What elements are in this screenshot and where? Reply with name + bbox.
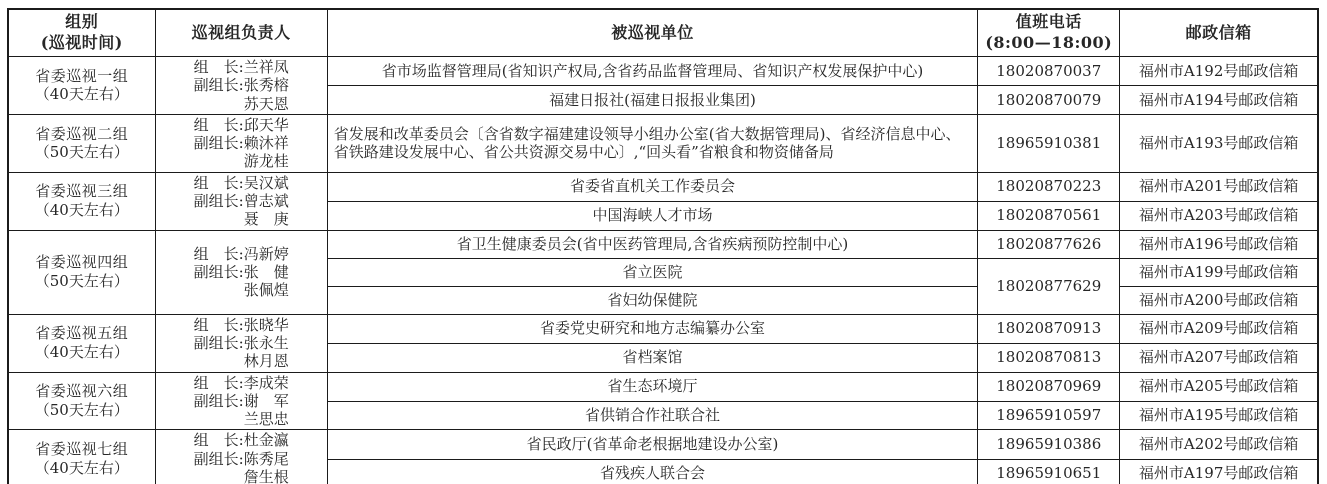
group-duration: （40天左右）	[13, 459, 151, 478]
group-cell: 省委巡视四组 （50天左右）	[8, 230, 155, 314]
leader-label: 组 长:	[194, 431, 244, 449]
group-duration: （40天左右）	[13, 85, 151, 104]
unit-cell: 省残疾人联合会	[327, 459, 977, 484]
pobox-cell: 福州市A192号邮政信箱	[1120, 57, 1318, 86]
leader-label: 副组长:	[194, 134, 244, 152]
leader-label: 副组长:	[194, 334, 244, 352]
unit-cell: 省委党史研究和地方志编纂办公室	[327, 314, 977, 343]
header-leader: 巡视组负责人	[155, 9, 327, 57]
header-group: 组别 (巡视时间)	[8, 9, 155, 57]
header-group-line1: 组别	[13, 12, 151, 33]
leader-name: 邱天华	[244, 116, 289, 134]
group-name: 省委巡视五组	[13, 324, 151, 343]
leader-name: 曾志斌	[244, 192, 289, 210]
leader-name: 聂 庚	[244, 210, 289, 228]
leader-name: 詹生根	[244, 468, 289, 484]
leader-name: 李成荣	[244, 374, 289, 392]
unit-cell: 省委省直机关工作委员会	[327, 172, 977, 201]
leader-name: 苏天恩	[244, 95, 289, 113]
inspection-groups-table: 组别 (巡视时间) 巡视组负责人 被巡视单位 值班电话 (8:00—18:00)…	[7, 8, 1319, 484]
pobox-cell: 福州市A201号邮政信箱	[1120, 172, 1318, 201]
unit-cell: 省发展和改革委员会〔含省数字福建建设领导小组办公室(省大数据管理局)、省经济信息…	[327, 114, 977, 172]
pobox-cell: 福州市A205号邮政信箱	[1120, 372, 1318, 401]
leader-label: 组 长:	[194, 245, 244, 263]
phone-cell: 18965910597	[978, 401, 1120, 430]
leader-label	[194, 352, 244, 370]
table-row: 省委巡视二组 （50天左右） 组 长:邱天华 副组长:赖沐祥 游龙桂 省发展和改…	[8, 114, 1318, 172]
pobox-cell: 福州市A207号邮政信箱	[1120, 343, 1318, 372]
phone-cell: 18965910381	[978, 114, 1120, 172]
unit-cell: 省民政厅(省革命老根据地建设办公室)	[327, 430, 977, 459]
group-duration: （50天左右）	[13, 401, 151, 420]
leader-label	[194, 410, 244, 428]
leaders-cell: 组 长:兰祥凤 副组长:张秀榕 苏天恩	[155, 57, 327, 115]
phone-cell: 18020870813	[978, 343, 1120, 372]
leaders-list: 组 长:邱天华 副组长:赖沐祥 游龙桂	[194, 116, 289, 171]
leader-name: 张永生	[244, 334, 289, 352]
group-name: 省委巡视三组	[13, 182, 151, 201]
group-name: 省委巡视二组	[13, 125, 151, 144]
leader-label: 副组长:	[194, 392, 244, 410]
group-cell: 省委巡视三组 （40天左右）	[8, 172, 155, 230]
leader-name: 兰思忠	[244, 410, 289, 428]
leader-name: 冯新婷	[244, 245, 289, 263]
table-row: 省委巡视五组 （40天左右） 组 长:张晓华 副组长:张永生 林月恩 省委党史研…	[8, 314, 1318, 343]
leaders-list: 组 长:冯新婷 副组长:张 健 张佩煌	[194, 245, 289, 300]
unit-cell: 中国海峡人才市场	[327, 201, 977, 230]
pobox-cell: 福州市A194号邮政信箱	[1120, 85, 1318, 114]
group-duration: （40天左右）	[13, 201, 151, 220]
group-cell: 省委巡视一组 （40天左右）	[8, 57, 155, 115]
leaders-cell: 组 长:吴汉斌 副组长:曾志斌 聂 庚	[155, 172, 327, 230]
group-name: 省委巡视一组	[13, 67, 151, 86]
pobox-cell: 福州市A196号邮政信箱	[1120, 230, 1318, 258]
leaders-list: 组 长:李成荣 副组长:谢 军 兰思忠	[194, 374, 289, 429]
pobox-cell: 福州市A195号邮政信箱	[1120, 401, 1318, 430]
phone-cell: 18965910386	[978, 430, 1120, 459]
leader-label: 组 长:	[194, 58, 244, 76]
table-row: 省委巡视三组 （40天左右） 组 长:吴汉斌 副组长:曾志斌 聂 庚 省委省直机…	[8, 172, 1318, 201]
leader-name: 张佩煌	[244, 281, 289, 299]
leaders-list: 组 长:吴汉斌 副组长:曾志斌 聂 庚	[194, 174, 289, 229]
phone-cell: 18965910651	[978, 459, 1120, 484]
leader-name: 谢 军	[244, 392, 289, 410]
pobox-cell: 福州市A193号邮政信箱	[1120, 114, 1318, 172]
leader-name: 张晓华	[244, 316, 289, 334]
phone-cell: 18020870561	[978, 201, 1120, 230]
leader-name: 杜金瀛	[244, 431, 289, 449]
leaders-cell: 组 长:邱天华 副组长:赖沐祥 游龙桂	[155, 114, 327, 172]
group-cell: 省委巡视六组 （50天左右）	[8, 372, 155, 430]
pobox-cell: 福州市A199号邮政信箱	[1120, 258, 1318, 286]
unit-cell: 省市场监督管理局(省知识产权局,含省药品监督管理局、省知识产权发展保护中心)	[327, 57, 977, 86]
leaders-cell: 组 长:张晓华 副组长:张永生 林月恩	[155, 314, 327, 372]
leader-name: 兰祥凤	[244, 58, 289, 76]
group-duration: （40天左右）	[13, 343, 151, 362]
leader-label	[194, 210, 244, 228]
unit-cell: 省档案馆	[327, 343, 977, 372]
phone-cell: 18020877626	[978, 230, 1120, 258]
table-row: 省委巡视六组 （50天左右） 组 长:李成荣 副组长:谢 军 兰思忠 省生态环境…	[8, 372, 1318, 401]
group-cell: 省委巡视七组 （40天左右）	[8, 430, 155, 484]
group-cell: 省委巡视五组 （40天左右）	[8, 314, 155, 372]
header-phone: 值班电话 (8:00—18:00)	[978, 9, 1120, 57]
leaders-cell: 组 长:杜金瀛 副组长:陈秀尾 詹生根	[155, 430, 327, 484]
pobox-cell: 福州市A202号邮政信箱	[1120, 430, 1318, 459]
header-unit: 被巡视单位	[327, 9, 977, 57]
phone-cell: 18020870223	[978, 172, 1120, 201]
leaders-cell: 组 长:冯新婷 副组长:张 健 张佩煌	[155, 230, 327, 314]
phone-cell: 18020870079	[978, 85, 1120, 114]
leader-name: 赖沐祥	[244, 134, 289, 152]
group-duration: （50天左右）	[13, 272, 151, 291]
table-row: 省委巡视四组 （50天左右） 组 长:冯新婷 副组长:张 健 张佩煌 省卫生健康…	[8, 230, 1318, 258]
pobox-cell: 福州市A200号邮政信箱	[1120, 286, 1318, 314]
pobox-cell: 福州市A203号邮政信箱	[1120, 201, 1318, 230]
unit-cell: 省立医院	[327, 258, 977, 286]
leader-label: 副组长:	[194, 76, 244, 94]
leader-label	[194, 468, 244, 484]
leader-label	[194, 152, 244, 170]
unit-cell: 省卫生健康委员会(省中医药管理局,含省疾病预防控制中心)	[327, 230, 977, 258]
leaders-list: 组 长:兰祥凤 副组长:张秀榕 苏天恩	[194, 58, 289, 113]
leader-label: 副组长:	[194, 450, 244, 468]
group-name: 省委巡视七组	[13, 440, 151, 459]
header-phone-line2: (8:00—18:00)	[982, 33, 1115, 54]
leader-label: 组 长:	[194, 174, 244, 192]
leader-label: 副组长:	[194, 263, 244, 281]
pobox-cell: 福州市A209号邮政信箱	[1120, 314, 1318, 343]
leader-label	[194, 281, 244, 299]
unit-cell: 福建日报社(福建日报报业集团)	[327, 85, 977, 114]
pobox-cell: 福州市A197号邮政信箱	[1120, 459, 1318, 484]
leader-label: 组 长:	[194, 116, 244, 134]
leaders-list: 组 长:张晓华 副组长:张永生 林月恩	[194, 316, 289, 371]
group-name: 省委巡视四组	[13, 253, 151, 272]
unit-cell: 省供销合作社联合社	[327, 401, 977, 430]
leader-name: 游龙桂	[244, 152, 289, 170]
group-duration: （50天左右）	[13, 143, 151, 162]
group-name: 省委巡视六组	[13, 382, 151, 401]
header-pobox: 邮政信箱	[1120, 9, 1318, 57]
leaders-list: 组 长:杜金瀛 副组长:陈秀尾 詹生根	[194, 431, 289, 484]
table-row: 省委巡视七组 （40天左右） 组 长:杜金瀛 副组长:陈秀尾 詹生根 省民政厅(…	[8, 430, 1318, 459]
header-phone-line1: 值班电话	[982, 12, 1115, 33]
header-row: 组别 (巡视时间) 巡视组负责人 被巡视单位 值班电话 (8:00—18:00)…	[8, 9, 1318, 57]
leader-label: 组 长:	[194, 374, 244, 392]
leader-name: 张 健	[244, 263, 289, 281]
phone-cell: 18020877629	[978, 258, 1120, 314]
phone-cell: 18020870969	[978, 372, 1120, 401]
leader-name: 陈秀尾	[244, 450, 289, 468]
leaders-cell: 组 长:李成荣 副组长:谢 军 兰思忠	[155, 372, 327, 430]
unit-cell: 省生态环境厅	[327, 372, 977, 401]
leader-name: 林月恩	[244, 352, 289, 370]
header-group-line2: (巡视时间)	[13, 33, 151, 54]
table-row: 省委巡视一组 （40天左右） 组 长:兰祥凤 副组长:张秀榕 苏天恩 省市场监督…	[8, 57, 1318, 86]
leader-name: 张秀榕	[244, 76, 289, 94]
leader-label	[194, 95, 244, 113]
unit-cell: 省妇幼保健院	[327, 286, 977, 314]
phone-cell: 18020870037	[978, 57, 1120, 86]
leader-label: 副组长:	[194, 192, 244, 210]
leader-label: 组 长:	[194, 316, 244, 334]
group-cell: 省委巡视二组 （50天左右）	[8, 114, 155, 172]
phone-cell: 18020870913	[978, 314, 1120, 343]
leader-name: 吴汉斌	[244, 174, 289, 192]
